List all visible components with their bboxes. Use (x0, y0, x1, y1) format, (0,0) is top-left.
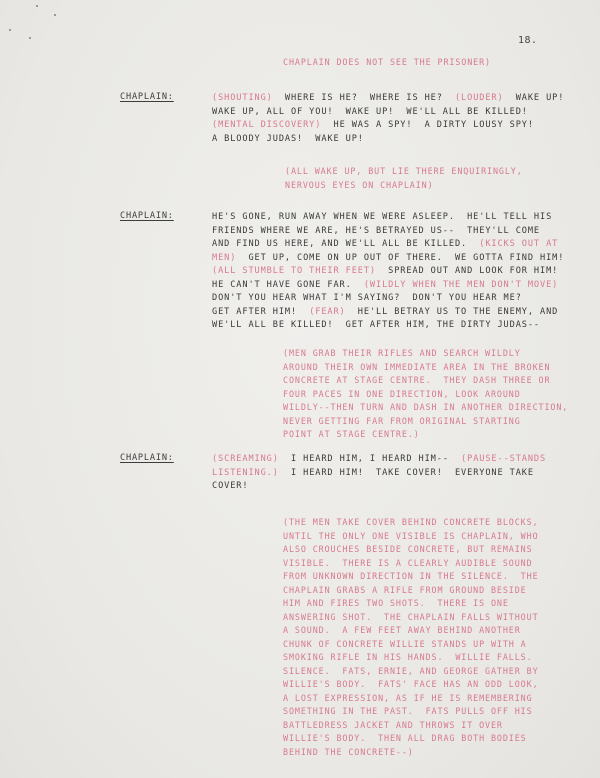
stage-direction: (Men grab their rifles and search wildly… (283, 347, 568, 442)
stage-direction-line: smoking rifle in his hands. WILLIE falls… (283, 651, 539, 665)
dialogue-line: Don't you hear what I'm saying? Don't yo… (212, 292, 564, 306)
stage-direction-line: him and fires two shots. There is one (283, 597, 539, 611)
dialogue-line: Get after him! (Fear) He'll betray us to… (212, 306, 564, 320)
dialogue-line: A bloody Judas! Wake up! (212, 133, 564, 147)
dialogue-block: He's gone, run away when we were asleep.… (212, 211, 564, 333)
spoken-text: He'll betray us to the enemy, and (346, 307, 559, 317)
dialogue-line: He's gone, run away when we were asleep.… (212, 211, 564, 225)
spoken-text: I heard him! Take cover! Everyone take (279, 468, 534, 478)
parenthetical: men) (212, 253, 236, 263)
spoken-text: A bloody Judas! Wake up! (212, 134, 364, 144)
parenthetical: (Pause--stands (461, 454, 546, 464)
paper-speck (54, 14, 56, 16)
stage-direction-line: a lost expression, as if he is rememberi… (283, 692, 539, 706)
stage-direction-line: point at STAGE CENTRE.) (283, 428, 568, 442)
spoken-text: Spread out and look for him! (376, 266, 558, 276)
page-number: 18. (518, 35, 538, 46)
dialogue-line: men) Get up, come on up out of there. We… (212, 252, 564, 266)
stage-direction-line: until the only one visible is CHAPLAIN, … (283, 530, 539, 544)
dialogue-line: He can't have gone far. (Wildly when the… (212, 279, 564, 293)
stage-direction-line: also crouches beside concrete, but remai… (283, 543, 539, 557)
stage-direction-line: from unknown direction in the silence. T… (283, 570, 539, 584)
stage-direction-line: something in the past. FATS pulls off hi… (283, 705, 539, 719)
stage-direction: (The men take cover behind concrete bloc… (283, 516, 539, 759)
stage-direction-line: nervous eyes on CHAPLAIN) (285, 179, 523, 193)
dialogue-block: (Shouting) Where is he? Where is he? (Lo… (212, 92, 564, 146)
stage-direction-line: chunk of concrete WILLIE stands up with … (283, 638, 539, 652)
parenthetical: (Wildly when the men don't move) (364, 280, 558, 290)
spoken-text: we'll all be killed! Get after him, the … (212, 320, 540, 330)
spoken-text: and find us here, and we'll all be kille… (212, 239, 479, 249)
stage-direction-line: concrete at STAGE CENTRE. They dash thre… (283, 374, 568, 388)
spoken-text: friends where we are, he's betrayed us--… (212, 226, 540, 236)
stage-direction-line: wildly--then turn and dash in another di… (283, 401, 568, 415)
dialogue-line: (All stumble to their feet) Spread out a… (212, 265, 564, 279)
spoken-text: cover! (212, 481, 248, 491)
parenthetical: (Louder) (455, 93, 504, 103)
dialogue-line: cover! (212, 480, 546, 494)
paper-speck (29, 37, 31, 39)
stage-direction-line: behind the concrete--) (283, 746, 539, 760)
spoken-text: Wake up, all of you! Wake up! We'll all … (212, 107, 528, 117)
spoken-text: Get up, come on up out of there. We gott… (236, 253, 564, 263)
speaker-label: CHAPLAIN: (120, 92, 174, 102)
stage-direction: (All wake up, but lie there enquiringly,… (285, 165, 523, 192)
parenthetical: (All stumble to their feet) (212, 266, 376, 276)
spoken-text: Where is he? Where is he? (273, 93, 455, 103)
dialogue-line: listening.) I heard him! Take cover! Eve… (212, 467, 546, 481)
stage-direction-line: (Men grab their rifles and search wildly (283, 347, 568, 361)
speaker-label: CHAPLAIN: (120, 211, 174, 221)
stage-direction-line: WILLIE'S body. Then all drag both bodies (283, 732, 539, 746)
dialogue-line: Wake up, all of you! Wake up! We'll all … (212, 106, 564, 120)
stage-direction-line: never getting far from original starting (283, 415, 568, 429)
dialogue-block: (Screaming) I heard him, I heard him-- (… (212, 453, 546, 494)
stage-direction-line: (All wake up, but lie there enquiringly, (285, 165, 523, 179)
parenthetical: (Mental discovery) (212, 120, 321, 130)
dialogue-line: friends where we are, he's betrayed us--… (212, 225, 564, 239)
parenthetical: (Screaming) (212, 454, 279, 464)
dialogue-line: (Mental discovery) He was a spy! A dirty… (212, 119, 564, 133)
spoken-text: He was a spy! A dirty lousy spy! (321, 120, 534, 130)
speaker-label: CHAPLAIN: (120, 453, 174, 463)
paper-speck (9, 29, 11, 31)
stage-direction-line: Silence. FATS, ERNIE, and GEORGE gather … (283, 665, 539, 679)
stage-direction-line: a sound. A few feet away behind another (283, 624, 539, 638)
stage-direction-line: four paces in one direction, look around (283, 388, 568, 402)
spoken-text: I heard him, I heard him-- (279, 454, 461, 464)
dialogue-line: and find us here, and we'll all be kille… (212, 238, 564, 252)
dialogue-line: (Shouting) Where is he? Where is he? (Lo… (212, 92, 564, 106)
stage-direction-header: CHAPLAIN DOES NOT SEE THE PRISONER) (283, 56, 491, 70)
parenthetical: listening.) (212, 468, 279, 478)
parenthetical: (Shouting) (212, 93, 273, 103)
stage-direction-line: battledress jacket and throws it over (283, 719, 539, 733)
parenthetical: (Fear) (309, 307, 345, 317)
dialogue-line: we'll all be killed! Get after him, the … (212, 319, 564, 333)
spoken-text: Don't you hear what I'm saying? Don't yo… (212, 293, 522, 303)
spoken-text: He's gone, run away when we were asleep.… (212, 212, 552, 222)
stage-direction-line: WILLIE'S body. FATS' face has an odd loo… (283, 678, 539, 692)
typescript-page: 18. CHAPLAIN DOES NOT SEE THE PRISONER) … (0, 0, 600, 778)
stage-direction-line: (The men take cover behind concrete bloc… (283, 516, 539, 530)
stage-direction-line: around their own immediate area in the b… (283, 361, 568, 375)
stage-direction-line: answering shot. The CHAPLAIN falls witho… (283, 611, 539, 625)
paper-speck (36, 5, 38, 7)
dialogue-line: (Screaming) I heard him, I heard him-- (… (212, 453, 546, 467)
spoken-text: Get after him! (212, 307, 309, 317)
stage-direction-line: visible. There is a clearly audible soun… (283, 557, 539, 571)
spoken-text: He can't have gone far. (212, 280, 364, 290)
spoken-text: Wake up! (504, 93, 565, 103)
stage-direction-line: CHAPLAIN grabs a rifle from ground besid… (283, 584, 539, 598)
parenthetical: (Kicks out at (479, 239, 558, 249)
